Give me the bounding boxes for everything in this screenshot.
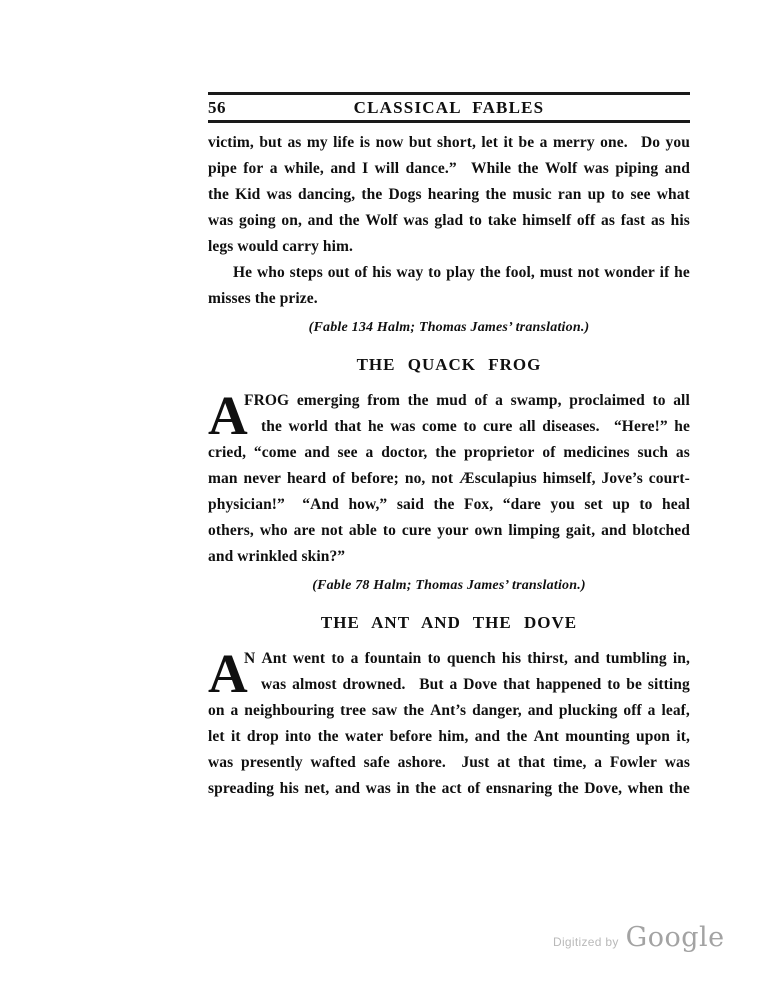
paragraph-moral: Hewhostepsoutofhiswaytoplaythefool,mustn… (208, 260, 690, 312)
text-line: legs would carry him. (208, 234, 690, 260)
drop-cap-letter: A (208, 646, 244, 698)
scanned-book-page: { "running_head": { "page_number": "56",… (0, 0, 777, 1000)
text-line: theKidwasdancing,theDogshearingthemusicr… (208, 182, 690, 208)
text-line: victim,butasmylifeisnowbutshort,letitbea… (208, 130, 690, 156)
heading-quack-frog: THE QUACK FROG (208, 355, 690, 377)
google-logo: Google (626, 922, 725, 953)
drop-cap-lines: NAntwenttoafountaintoquenchhisthirst,and… (244, 646, 690, 698)
paragraph-quack-frog-body: cried,“comeandseeadoctor,theproprietorof… (208, 440, 690, 570)
text-line: spreadinghisnet,andwasintheactofensnarin… (208, 776, 690, 802)
text-line: wasgoingon,andtheWolfwasgladtotakehimsel… (208, 208, 690, 234)
text-line: others,whoarenotabletocureyourownlimping… (208, 518, 690, 544)
paragraph-quack-frog-start: A FROGemergingfromthemudofaswamp,proclai… (208, 388, 690, 440)
running-head: 56 CLASSICAL FABLES (208, 95, 690, 120)
text-line: theworldthathewascometocurealldiseases. … (244, 414, 690, 440)
text-line: manneverheardofbefore;no,notÆsculapiushi… (208, 466, 690, 492)
text-line: onaneighbouringtreesawtheAnt’sdanger,and… (208, 698, 690, 724)
text-line: letitdropintothewaterbeforehim,andtheAnt… (208, 724, 690, 750)
text-line: Hewhostepsoutofhiswaytoplaythefool,mustn… (208, 260, 690, 286)
text-line: pipeforawhile,andIwilldance.” WhiletheWo… (208, 156, 690, 182)
text-line: wasalmostdrowned. ButaDovethathappenedto… (244, 672, 690, 698)
attribution-fable-78: (Fable 78 Halm; Thomas James’ translatio… (208, 578, 690, 596)
text-line: FROGemergingfromthemudofaswamp,proclaime… (244, 388, 690, 414)
drop-cap-letter: A (208, 388, 244, 440)
running-title: CLASSICAL FABLES (208, 98, 690, 118)
text-line: and wrinkled skin?” (208, 544, 690, 570)
paragraph-wolf-kid: victim,butasmylifeisnowbutshort,letitbea… (208, 130, 690, 260)
text-line: misses the prize. (208, 286, 690, 312)
drop-cap-lines: FROGemergingfromthemudofaswamp,proclaime… (244, 388, 690, 440)
text-line: physician!” “Andhow,”saidtheFox,“dareyou… (208, 492, 690, 518)
heading-ant-dove: THE ANT AND THE DOVE (208, 613, 690, 635)
paragraph-ant-dove-start: A NAntwenttoafountaintoquenchhisthirst,a… (208, 646, 690, 698)
paragraph-ant-dove-body: onaneighbouringtreesawtheAnt’sdanger,and… (208, 698, 690, 802)
watermark-prefix: Digitized by (553, 935, 619, 949)
text-line: NAntwenttoafountaintoquenchhisthirst,and… (244, 646, 690, 672)
text-line: waspresentlywaftedsafeashore. Justatthat… (208, 750, 690, 776)
attribution-fable-134: (Fable 134 Halm; Thomas James’ translati… (208, 320, 690, 338)
text-column: 56 CLASSICAL FABLES victim,butasmylifeis… (208, 0, 690, 802)
digitized-by-google-watermark: Digitized by Google (553, 922, 725, 953)
text-line: cried,“comeandseeadoctor,theproprietorof… (208, 440, 690, 466)
header-rule-bottom (208, 120, 690, 123)
